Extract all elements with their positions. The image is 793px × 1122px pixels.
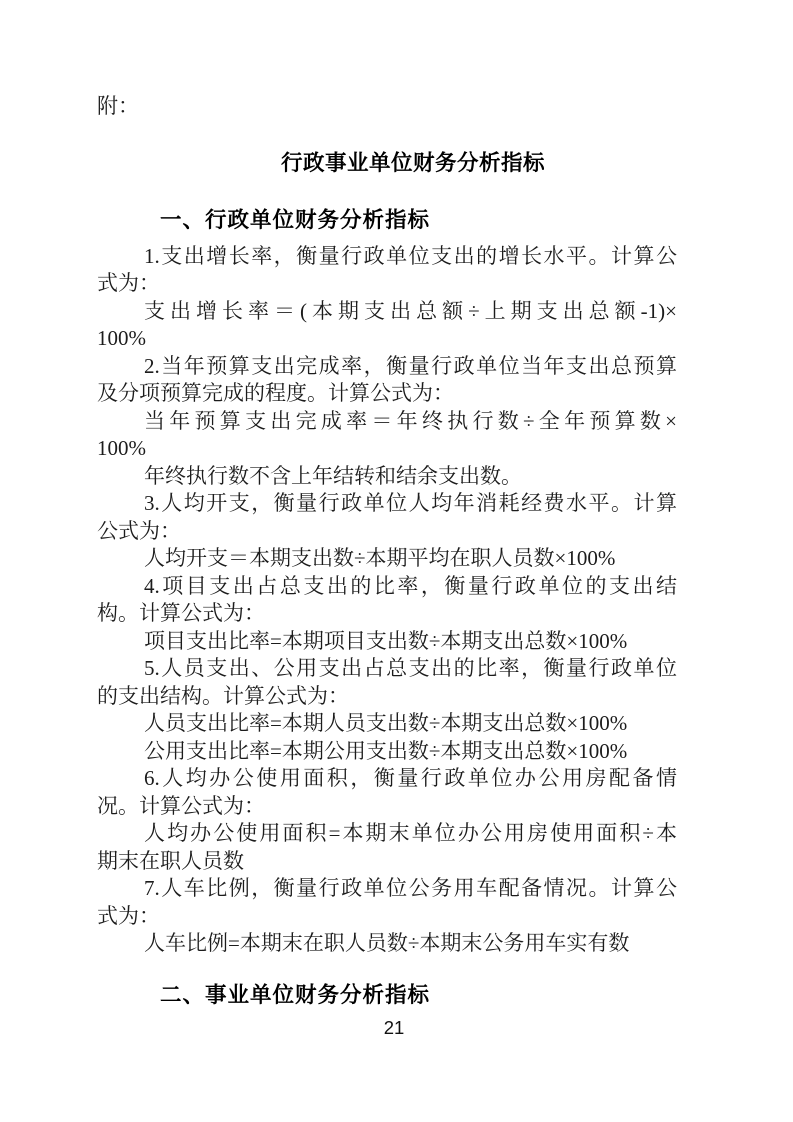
attachment-label: 附： <box>97 93 677 121</box>
text-line: 式为： <box>97 903 677 931</box>
text-line: 人均办公使用面积=本期末单位办公用房使用面积÷本 <box>97 820 677 848</box>
text-line: 人车比例=本期末在职人员数÷本期末公务用车实有数 <box>97 930 677 958</box>
text-line: 年终执行数不含上年结转和结余支出数。 <box>97 463 677 491</box>
text-line: 1.支出增长率，衡量行政单位支出的增长水平。计算公 <box>97 243 677 271</box>
text-line: 100% <box>97 325 677 353</box>
document-sections: 一、行政单位财务分析指标1.支出增长率，衡量行政单位支出的增长水平。计算公式为：… <box>97 205 677 1010</box>
text-line: 5.人员支出、公用支出占总支出的比率，衡量行政单位 <box>97 655 677 683</box>
text-line: 公用支出比率=本期公用支出数÷本期支出总数×100% <box>97 738 677 766</box>
text-line: 及分项预算完成的程度。计算公式为： <box>97 380 677 408</box>
text-line: 人均开支＝本期支出数÷本期平均在职人员数×100% <box>97 545 677 573</box>
text-line: 构。计算公式为： <box>97 600 677 628</box>
text-line: 7.人车比例，衡量行政单位公务用车配备情况。计算公 <box>97 875 677 903</box>
text-line: 4.项目支出占总支出的比率，衡量行政单位的支出结 <box>97 573 677 601</box>
text-line: 的支出结构。计算公式为： <box>97 683 677 711</box>
page-number: 21 <box>97 1014 677 1041</box>
text-line: 6.人均办公使用面积，衡量行政单位办公用房配备情 <box>97 765 677 793</box>
text-line: 3.人均开支，衡量行政单位人均年消耗经费水平。计算 <box>97 490 677 518</box>
text-line: 2.当年预算支出完成率，衡量行政单位当年支出总预算 <box>97 353 677 381</box>
text-line: 公式为： <box>97 518 677 546</box>
text-line: 支出增长率＝(本期支出总额÷上期支出总额-1)× <box>97 298 677 326</box>
text-line: 项目支出比率=本期项目支出数÷本期支出总数×100% <box>97 628 677 656</box>
document-title: 行政事业单位财务分析指标 <box>97 148 677 178</box>
text-line: 期末在职人员数 <box>97 848 677 876</box>
section-heading: 一、行政单位财务分析指标 <box>97 205 677 235</box>
section-heading: 二、事业单位财务分析指标 <box>97 980 677 1010</box>
text-line: 况。计算公式为： <box>97 793 677 821</box>
text-line: 当年预算支出完成率＝年终执行数÷全年预算数× <box>97 408 677 436</box>
text-line: 100% <box>97 435 677 463</box>
text-line: 式为： <box>97 270 677 298</box>
document-page: 附： 行政事业单位财务分析指标 一、行政单位财务分析指标1.支出增长率，衡量行政… <box>0 0 793 1122</box>
text-line: 人员支出比率=本期人员支出数÷本期支出总数×100% <box>97 710 677 738</box>
